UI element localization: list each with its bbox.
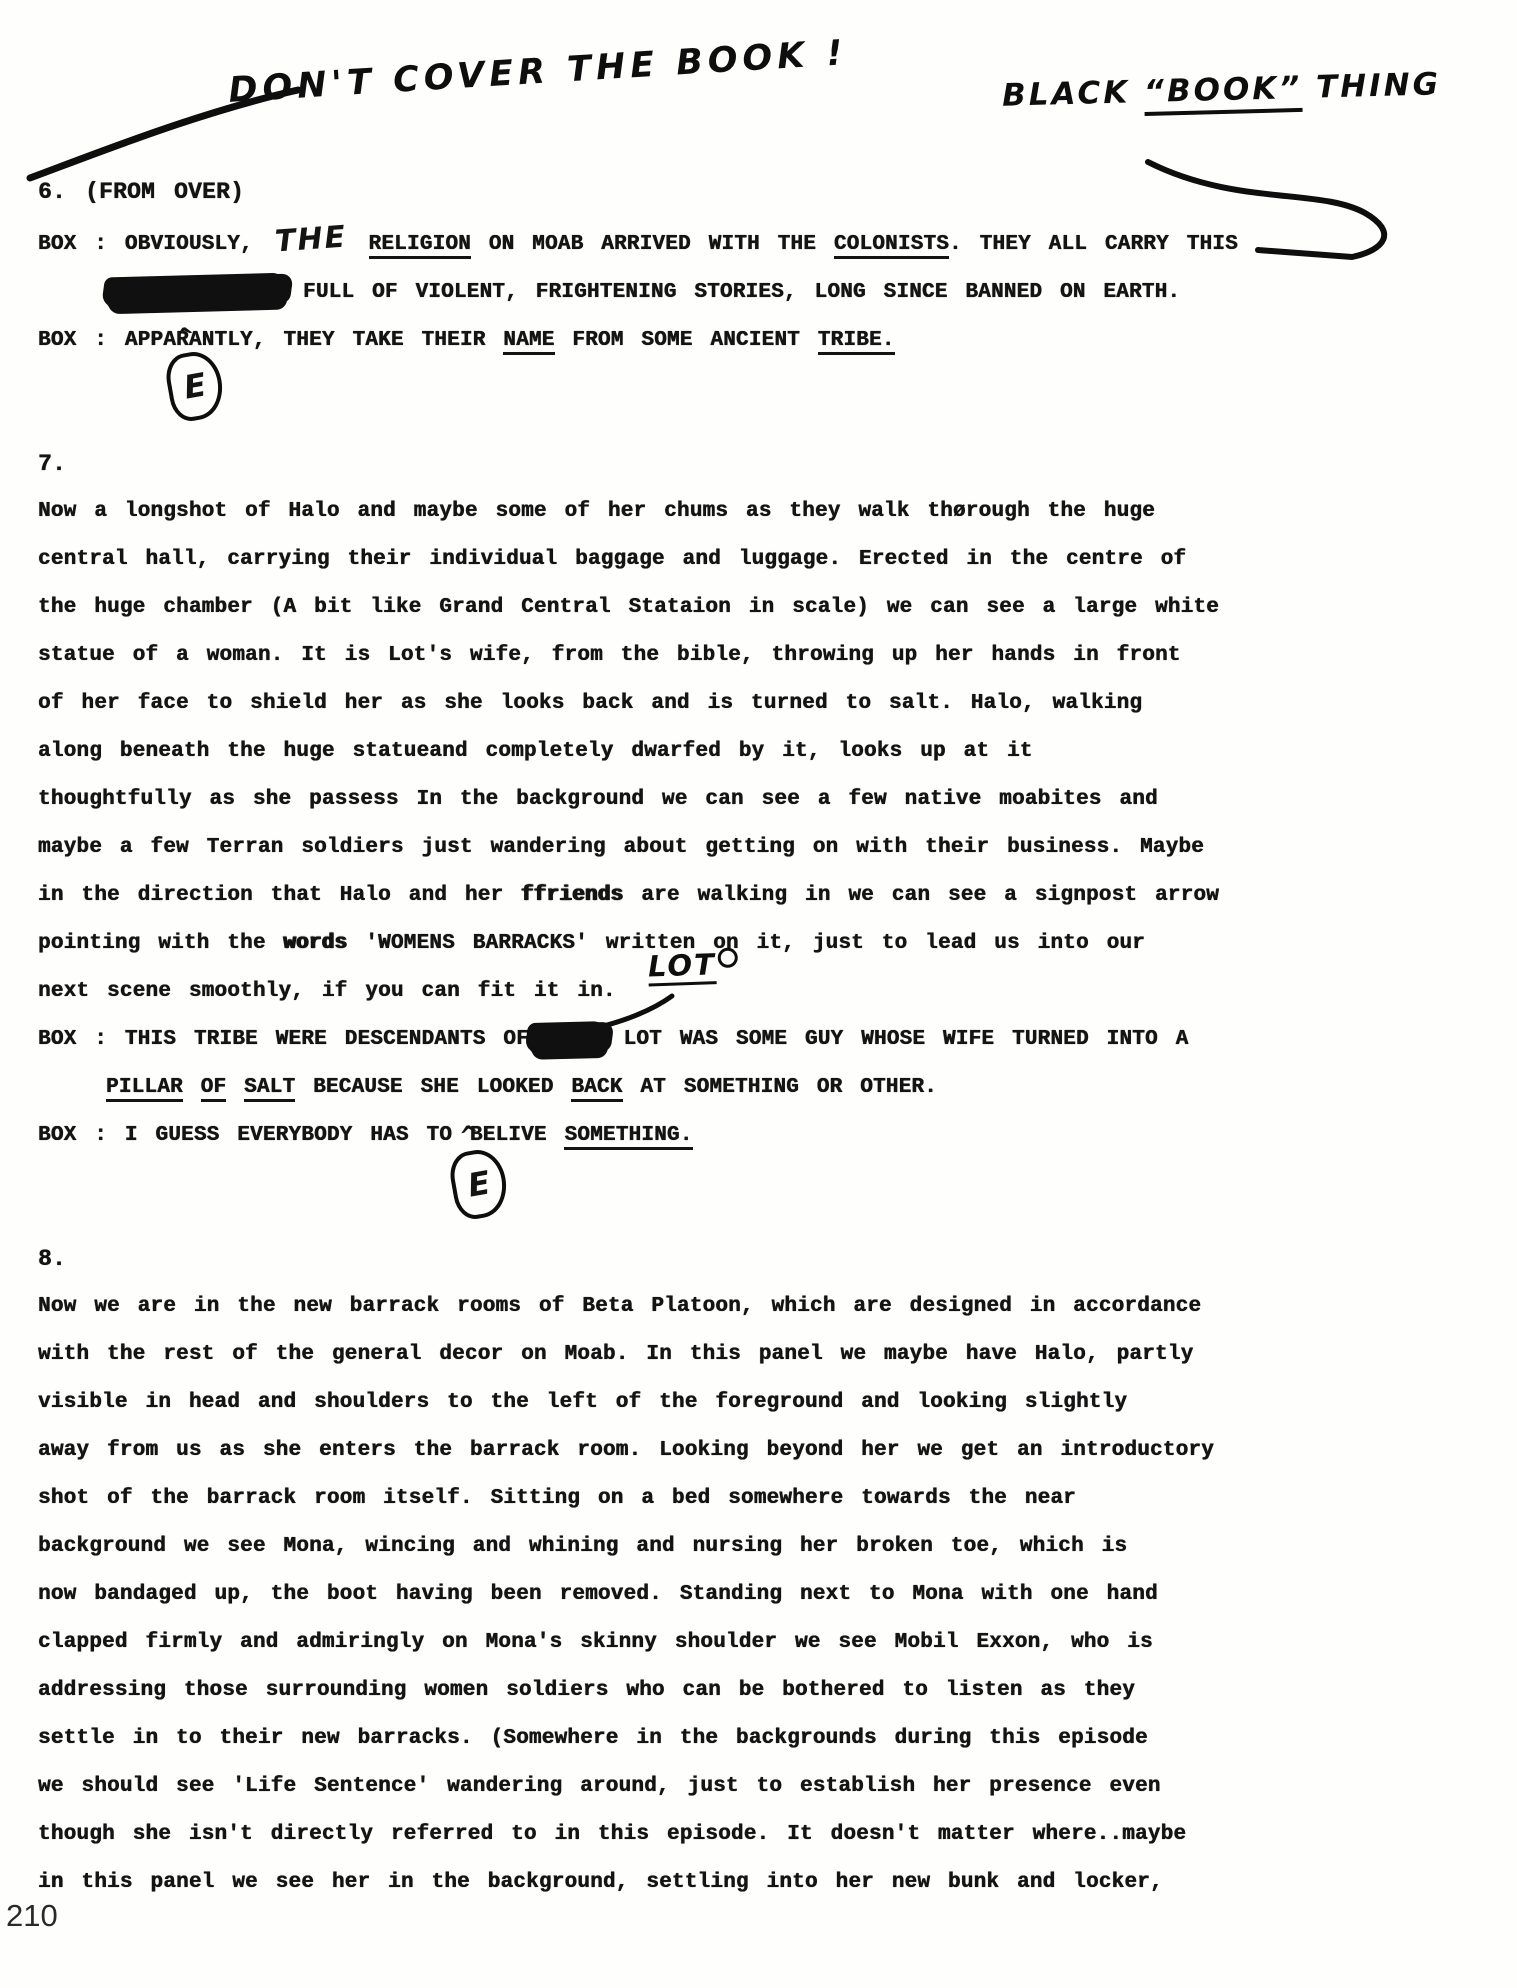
- typed-text: are walking in we can see a signpost arr…: [624, 884, 1220, 907]
- typed-text: with the rest of the general decor on Mo…: [38, 1343, 1193, 1366]
- typed-text: AT SOMETHING OR OTHER.: [623, 1076, 937, 1099]
- typed-text: Now a longshot of Halo and maybe some of…: [38, 500, 1155, 523]
- text-line: thoughtfully as she passess In the backg…: [38, 776, 1438, 824]
- section-heading: 8.: [38, 1235, 1438, 1283]
- typed-text: the huge chamber (A bit like Grand Centr…: [38, 596, 1219, 619]
- typed-text: next scene smoothly, if you can fit it i…: [38, 980, 616, 1003]
- document-page: DON'T COVER THE BOOK ! BLACK “BOOK” THIN…: [0, 0, 1517, 1988]
- typed-text: FROM SOME ANCIENT: [555, 329, 818, 352]
- text-line: addressing those surrounding women soldi…: [38, 1667, 1438, 1715]
- typed-text: . THEY ALL CARRY THIS: [949, 233, 1238, 256]
- typed-text: settle in to their new barracks. (Somewh…: [38, 1727, 1148, 1750]
- typed-text: along beneath the huge statueand complet…: [38, 740, 1033, 763]
- typed-text: [351, 233, 369, 256]
- black-book-pre: BLACK: [1002, 74, 1145, 114]
- text-line: maybe a few Terran soldiers just wanderi…: [38, 824, 1438, 872]
- typed-text: of her face to shield her as she looks b…: [38, 692, 1142, 715]
- typed-text: [226, 1076, 244, 1099]
- typed-text: BOX : I GUESS EVERYBODY HAS TO BELIVE: [38, 1124, 564, 1147]
- handwriting-note-dont-cover: DON'T COVER THE BOOK !: [227, 33, 848, 111]
- typed-text: pointing with the: [38, 932, 283, 955]
- text-line: Now a longshot of Halo and maybe some of…: [38, 488, 1438, 536]
- text-line: settle in to their new barracks. (Somewh…: [38, 1715, 1438, 1763]
- text-line: next scene smoothly, if you can fit it i…: [38, 968, 1438, 1016]
- underlined-text: SALT: [244, 1076, 295, 1102]
- typed-text: away from us as she enters the barrack r…: [38, 1439, 1214, 1462]
- typed-text: clapped firmly and admiringly on Mona's …: [38, 1631, 1153, 1654]
- text-line: though she isn't directly referred to in…: [38, 1811, 1438, 1859]
- underlined-text: OF: [201, 1076, 227, 1102]
- text-line: visible in head and shoulders to the lef…: [38, 1379, 1438, 1427]
- text-line: clapped firmly and admiringly on Mona's …: [38, 1619, 1438, 1667]
- typed-text: BOX : THIS TRIBE WERE DESCENDANTS OF: [38, 1028, 529, 1051]
- typed-text: LOT WAS SOME GUY WHOSE WIFE TURNED INTO …: [606, 1028, 1189, 1051]
- section-heading: 7.: [38, 440, 1438, 488]
- underlined-text: COLONISTS: [834, 233, 949, 259]
- text-line: Now we are in the new barrack rooms of B…: [38, 1283, 1438, 1331]
- handwritten-inline-word: THE: [273, 214, 348, 267]
- black-book-post: THING: [1302, 66, 1442, 106]
- typed-text: in this panel we see her in the backgrou…: [38, 1871, 1163, 1894]
- text-line: XXXXXXXXXXXXXX FULL OF VIOLENT, FRIGHTEN…: [106, 269, 1438, 317]
- typed-text: words: [283, 932, 347, 955]
- text-line: away from us as she enters the barrack r…: [38, 1427, 1438, 1475]
- typed-text: now bandaged up, the boot having been re…: [38, 1583, 1158, 1606]
- typed-text: visible in head and shoulders to the lef…: [38, 1391, 1127, 1414]
- typed-text: shot of the barrack room itself. Sitting…: [38, 1487, 1076, 1510]
- text-line: in this panel we see her in the backgrou…: [38, 1859, 1438, 1907]
- text-line: along beneath the huge statueand complet…: [38, 728, 1438, 776]
- text-line: of her face to shield her as she looks b…: [38, 680, 1438, 728]
- typed-text: 6. (FROM OVER): [38, 179, 244, 205]
- typed-document: 6. (FROM OVER)BOX : OBVIOUSLY, THE RELIG…: [38, 168, 1438, 1907]
- text-line: background we see Mona, wincing and whin…: [38, 1523, 1438, 1571]
- text-line: we should see 'Life Sentence' wandering …: [38, 1763, 1438, 1811]
- typed-text: FULL OF VIOLENT, FRIGHTENING STORIES, LO…: [285, 281, 1180, 304]
- typed-text: 8.: [38, 1246, 66, 1272]
- typed-text: ffriends: [521, 884, 623, 907]
- scribbled-out-text: XXXXXX: [527, 1024, 608, 1056]
- text-line: statue of a woman. It is Lot's wife, fro…: [38, 632, 1438, 680]
- typed-text: statue of a woman. It is Lot's wife, fro…: [38, 644, 1181, 667]
- typed-text: 7.: [38, 451, 66, 477]
- underlined-text: BACK: [571, 1076, 622, 1102]
- underlined-text: PILLAR: [106, 1076, 183, 1102]
- typed-text: thoughtfully as she passess In the backg…: [38, 788, 1158, 811]
- typed-text: central hall, carrying their individual …: [38, 548, 1186, 571]
- typed-text: though she isn't directly referred to in…: [38, 1823, 1186, 1846]
- text-line: PILLAR OF SALT BECAUSE SHE LOOKED BACK A…: [106, 1064, 1438, 1112]
- typed-text: ON MOAB ARRIVED WITH THE: [471, 233, 834, 256]
- handwriting-note-black-book: BLACK “BOOK” THING: [1002, 66, 1442, 113]
- text-line: now bandaged up, the boot having been re…: [38, 1571, 1438, 1619]
- text-line: BOX : OBVIOUSLY, THE RELIGION ON MOAB AR…: [38, 216, 1438, 269]
- underlined-text: SOMETHING.: [564, 1124, 692, 1150]
- typed-text: 'WOMENS BARRACKS' written on it, just to…: [347, 932, 1145, 955]
- text-line: central hall, carrying their individual …: [38, 536, 1438, 584]
- text-line: the huge chamber (A bit like Grand Centr…: [38, 584, 1438, 632]
- typed-text: BOX : OBVIOUSLY,: [38, 233, 271, 256]
- page-number: 210: [6, 1898, 58, 1934]
- text-line: BOX : APPARANTLY, THEY TAKE THEIR NAME F…: [38, 317, 1438, 365]
- typed-text: [183, 1076, 201, 1099]
- underlined-text: NAME: [503, 329, 554, 355]
- typed-text: background we see Mona, wincing and whin…: [38, 1535, 1127, 1558]
- scribbled-out-text: XXXXXXXXXXXXXX: [104, 276, 288, 311]
- typed-text: BOX : APPARANTLY, THEY TAKE THEIR: [38, 329, 503, 352]
- text-line: shot of the barrack room itself. Sitting…: [38, 1475, 1438, 1523]
- typed-text: addressing those surrounding women soldi…: [38, 1679, 1135, 1702]
- black-book-word-underlined: “BOOK”: [1144, 70, 1303, 116]
- typed-text: we should see 'Life Sentence' wandering …: [38, 1775, 1161, 1798]
- text-line: with the rest of the general decor on Mo…: [38, 1331, 1438, 1379]
- underlined-text: RELIGION: [369, 233, 471, 259]
- underlined-text: TRIBE.: [818, 329, 895, 355]
- text-line: pointing with the words 'WOMENS BARRACKS…: [38, 920, 1438, 968]
- typed-text: maybe a few Terran soldiers just wanderi…: [38, 836, 1204, 859]
- typed-text: BECAUSE SHE LOOKED: [295, 1076, 571, 1099]
- typed-text: in the direction that Halo and her: [38, 884, 521, 907]
- typed-text: Now we are in the new barrack rooms of B…: [38, 1295, 1201, 1318]
- section-heading: 6. (FROM OVER): [38, 168, 1438, 216]
- text-line: BOX : I GUESS EVERYBODY HAS TO BELIVE SO…: [38, 1112, 1438, 1160]
- text-line: BOX : THIS TRIBE WERE DESCENDANTS OFXXXX…: [38, 1016, 1438, 1064]
- text-line: in the direction that Halo and her ffrie…: [38, 872, 1438, 920]
